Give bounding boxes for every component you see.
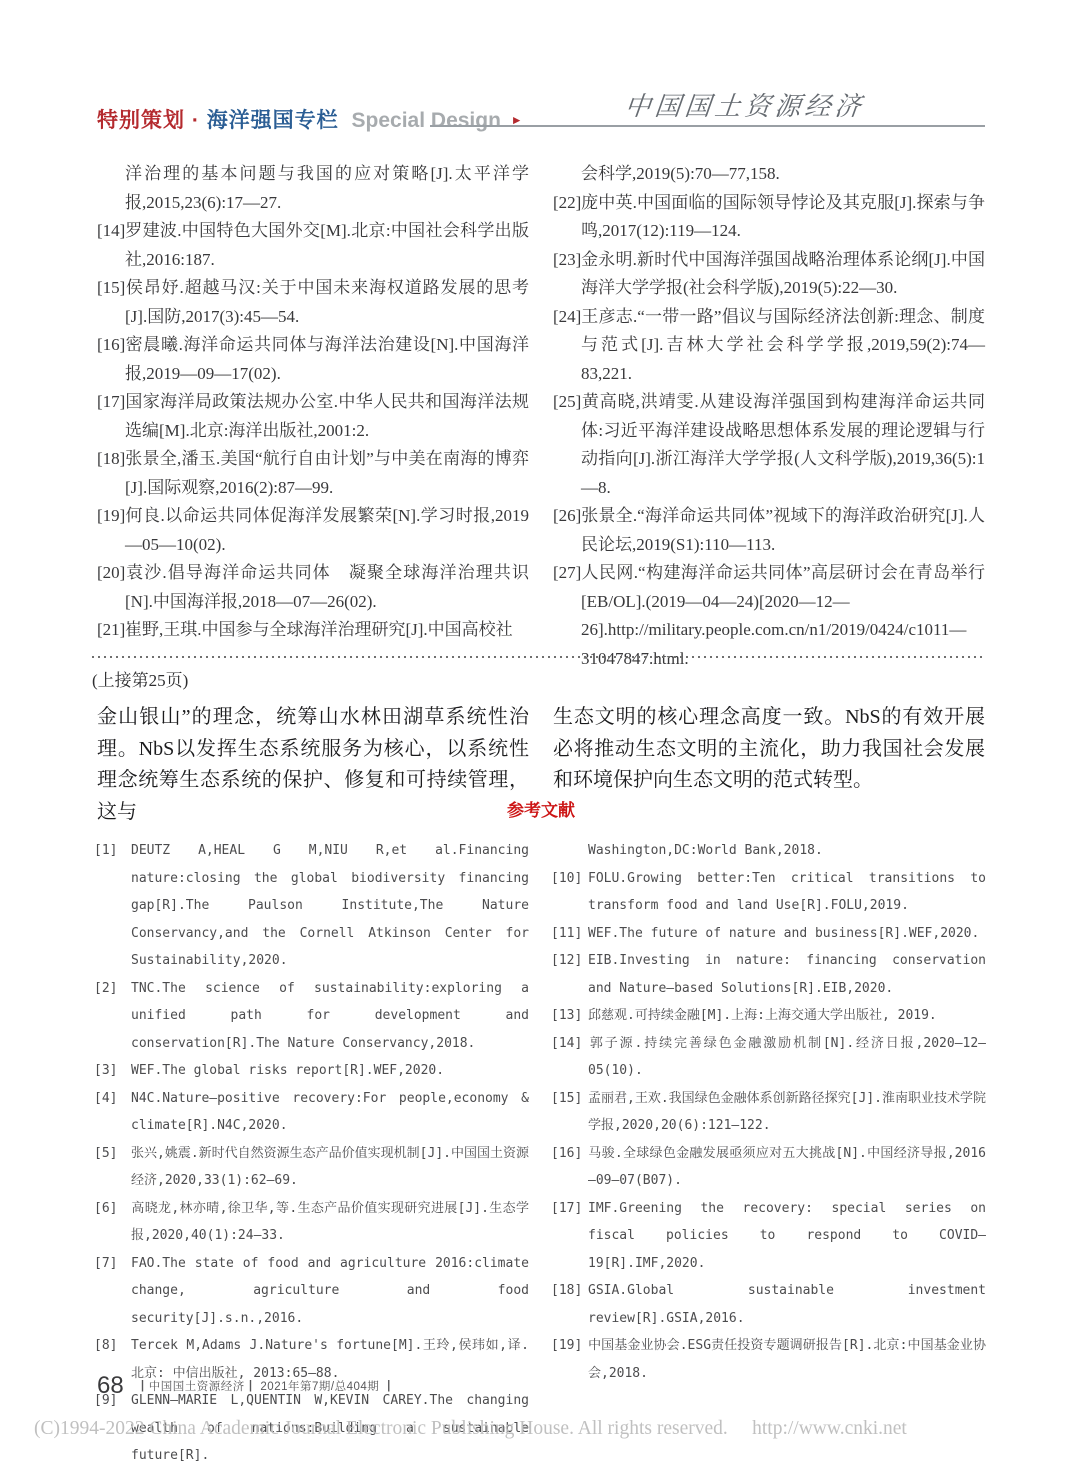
- section-divider: [92, 656, 985, 658]
- reference-item: [14]罗建波.中国特色大国外交[M].北京:中国社会科学出版社,2016:18…: [97, 217, 529, 274]
- reference-item: [2]TNC.The science of sustainability:exp…: [94, 975, 529, 1058]
- header-rule: [430, 125, 985, 127]
- reference-item: [3]WEF.The global risks report[R].WEF,20…: [94, 1057, 529, 1085]
- reference-item: [5]张兴,姚震.新时代自然资源生态产品价值实现机制[J].中国国土资源经济,2…: [94, 1140, 529, 1195]
- reference-item: [16]密晨曦.海洋命运共同体与海洋法治建设[N].中国海洋报,2019—09—…: [97, 331, 529, 388]
- reference-item: [22]庞中英.中国面临的国际领导悖论及其克服[J].探索与争鸣,2017(12…: [553, 189, 985, 246]
- page-footer: 68 ┃中国国土资源经济┃ 2021年第7期/总404期 ┃: [97, 1372, 395, 1400]
- reference-item: [24]王彦志.“一带一路”倡议与国际经济法创新:理念、制度与范式[J].吉林大…: [553, 303, 985, 389]
- reference-item: [11]WEF.The future of nature and busines…: [551, 920, 986, 948]
- reference-item: [25]黄高晓,洪靖雯.从建设海洋强国到构建海洋命运共同体:习近平海洋建设战略思…: [553, 388, 985, 502]
- reference-item: [10]FOLU.Growing better:Ten critical tra…: [551, 865, 986, 920]
- top-reference-section: 洋治理的基本问题与我国的应对策略[J].太平洋学报,2015,23(6):17—…: [97, 160, 985, 673]
- bottom-reference-list-right: Washington,DC:World Bank,2018. [10]FOLU.…: [551, 837, 986, 1465]
- reference-item: [1]DEUTZ A,HEAL G M,NIU R,et al.Financin…: [94, 837, 529, 975]
- reference-item: [21]崔野,王琪.中国参与全球海洋治理研究[J].中国高校社: [97, 616, 529, 645]
- reference-item: [17]IMF.Greening the recovery: special s…: [551, 1195, 986, 1278]
- reference-item: [23]金永明.新时代中国海洋强国战略治理体系论纲[J].中国海洋大学学报(社会…: [553, 246, 985, 303]
- reference-item: [16]马骏.全球绿色金融发展亟须应对五大挑战[N].中国经济导报,2016—0…: [551, 1140, 986, 1195]
- references-heading: 参考文献: [97, 796, 985, 821]
- reference-item: [13]邱慈观.可持续金融[M].上海:上海交通大学出版社, 2019.: [551, 1002, 986, 1030]
- bottom-reference-section: [1]DEUTZ A,HEAL G M,NIU R,et al.Financin…: [94, 837, 986, 1465]
- journal-page: 特别策划 · 海洋强国专栏 Special Design ► 中国国土资源经济 …: [0, 0, 1080, 1465]
- section-label-cn-red: 特别策划: [97, 109, 185, 132]
- reference-item: Washington,DC:World Bank,2018.: [551, 837, 986, 865]
- reference-item: [7]FAO.The state of food and agriculture…: [94, 1250, 529, 1333]
- reference-item: [14]郭子源.持续完善绿色金融激励机制[N].经济日报,2020—12—05(…: [551, 1030, 986, 1085]
- journal-logo: 中国国土资源经济: [623, 86, 867, 123]
- page-header: 特别策划 · 海洋强国专栏 Special Design ► 中国国土资源经济: [97, 94, 985, 136]
- reference-item: [20]袁沙.倡导海洋命运共同体 凝聚全球海洋治理共识[N].中国海洋报,201…: [97, 559, 529, 616]
- section-separator: ·: [192, 109, 200, 132]
- reference-item: [15]孟丽君,王欢.我国绿色金融体系创新路径探究[J].淮南职业技术学院学报,…: [551, 1085, 986, 1140]
- page-number: 68: [97, 1372, 124, 1400]
- reference-item: [18]张景全,潘玉.美国“航行自由计划”与中美在南海的博弈[J].国际观察,2…: [97, 445, 529, 502]
- section-title: 特别策划 · 海洋强国专栏 Special Design ►: [97, 104, 524, 134]
- section-label-en: Special Design: [352, 109, 501, 132]
- reference-item: 会科学,2019(5):70—77,158.: [553, 160, 985, 189]
- reference-item: [19]何良.以命运共同体促海洋发展繁荣[N].学习时报,2019—05—10(…: [97, 502, 529, 559]
- top-reference-list-right: 会科学,2019(5):70—77,158. [22]庞中英.中国面临的国际领导…: [553, 160, 985, 673]
- reference-item: [26]张景全.“海洋命运共同体”视域下的海洋政治研究[J].人民论坛,2019…: [553, 502, 985, 559]
- top-reference-list-left: 洋治理的基本问题与我国的应对策略[J].太平洋学报,2015,23(6):17—…: [97, 160, 529, 673]
- copyright-watermark: (C)1994-2022 China Academic Journal Elec…: [34, 1412, 907, 1440]
- reference-item: [18]GSIA.Global sustainable investment r…: [551, 1277, 986, 1332]
- bottom-reference-list-left: [1]DEUTZ A,HEAL G M,NIU R,et al.Financin…: [94, 837, 529, 1465]
- footer-journal-info: ┃中国国土资源经济┃ 2021年第7期/总404期 ┃: [137, 1378, 395, 1394]
- reference-item: [12]EIB.Investing in nature: financing c…: [551, 947, 986, 1002]
- reference-item: [4]N4C.Nature—positive recovery:For peop…: [94, 1085, 529, 1140]
- reference-item: [6]高晓龙,林亦晴,徐卫华,等.生态产品价值实现研究进展[J].生态学报,20…: [94, 1195, 529, 1250]
- reference-item: [17]国家海洋局政策法规办公室.中华人民共和国海洋法规选编[M].北京:海洋出…: [97, 388, 529, 445]
- reference-item: 洋治理的基本问题与我国的应对策略[J].太平洋学报,2015,23(6):17—…: [97, 160, 529, 217]
- reference-item: [15]侯昂妤.超越马汉:关于中国未来海权道路发展的思考[J].国防,2017(…: [97, 274, 529, 331]
- continuation-note: (上接第25页): [92, 666, 188, 691]
- section-label-cn-blue: 海洋强国专栏: [207, 109, 339, 132]
- reference-item: [19]中国基金业协会.ESG责任投资专题调研报告[R].北京:中国基金业协会,…: [551, 1332, 986, 1387]
